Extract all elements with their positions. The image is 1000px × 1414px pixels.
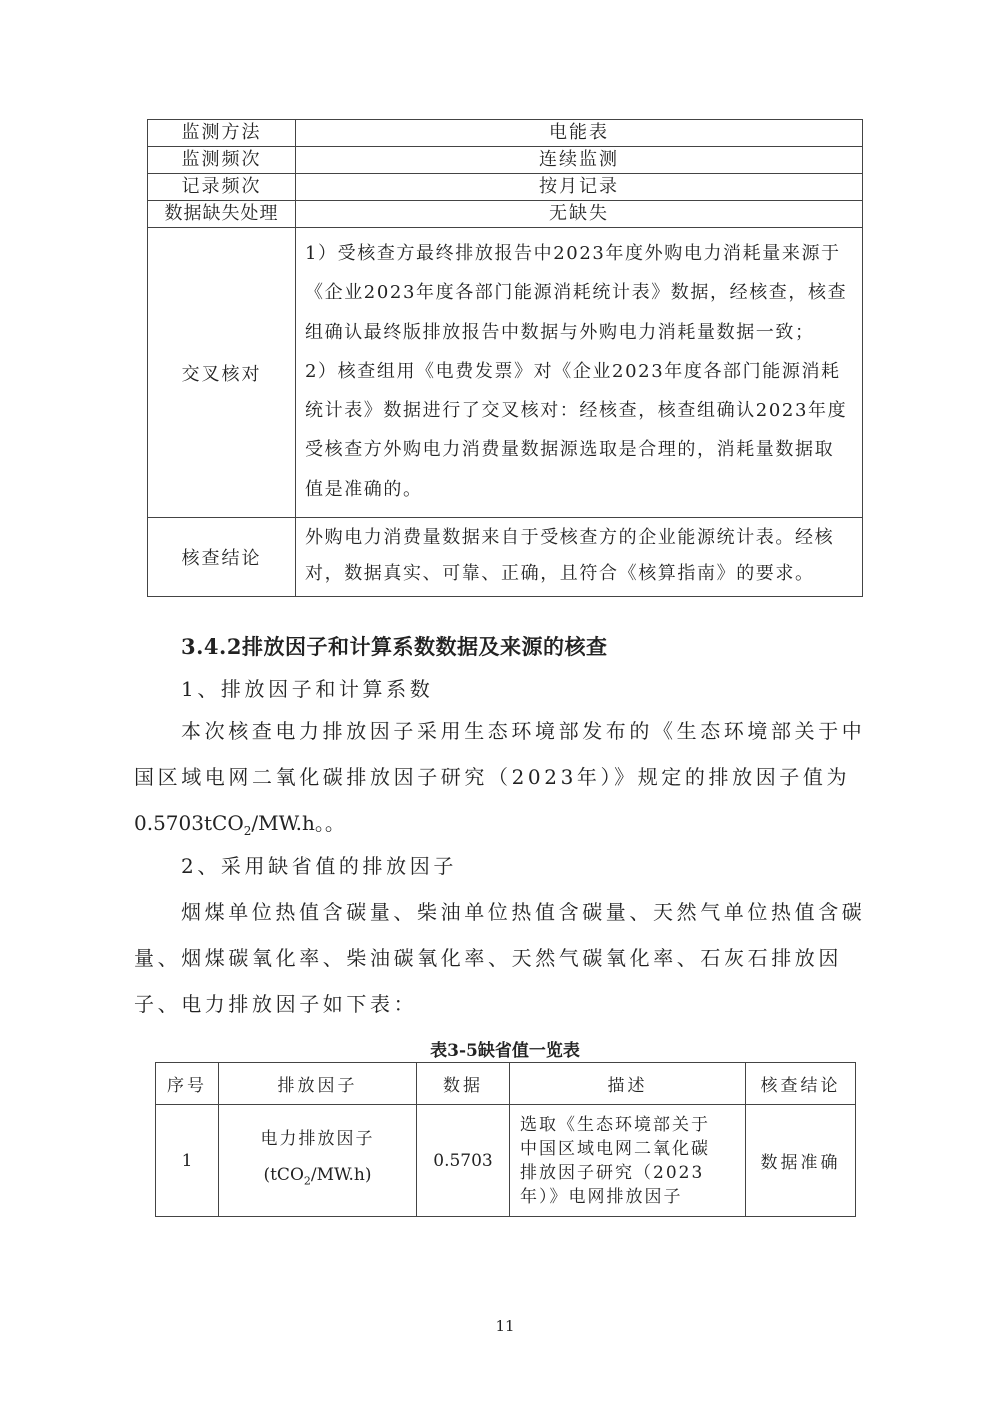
table-row: 1 电力排放因子 (tCO2/MW.h) 0.5703 选取《生态环境部关于 中… — [156, 1105, 856, 1217]
value-text: 0.5703tCO — [134, 811, 244, 835]
text-line: 选取《生态环境部关于 — [520, 1113, 745, 1137]
conclusion-text: 外购电力消费量数据来自于受核查方的企业能源统计表。经核 对，数据真实、可靠、正确… — [296, 518, 863, 597]
cell-value: 0.5703 — [417, 1105, 510, 1217]
header-description: 描述 — [510, 1063, 746, 1105]
text-line: 组确认最终版排放报告中数据与外购电力消耗量数据一致； — [305, 313, 852, 352]
paragraph-line: 量、烟煤碳氧化率、柴油碳氧化率、天然气碳氧化率、石灰石排放因 — [134, 935, 842, 981]
cross-check-label: 交叉核对 — [148, 228, 296, 518]
table-row: 数据缺失处理 无缺失 — [148, 201, 863, 228]
paragraph-line: 国区域电网二氧化碳排放因子研究（2023年）》规定的排放因子值为 — [134, 754, 850, 800]
row-label: 记录频次 — [148, 174, 296, 201]
cell-description: 选取《生态环境部关于 中国区域电网二氧化碳 排放因子研究（2023 年）》电网排… — [510, 1105, 746, 1217]
header-factor: 排放因子 — [219, 1063, 417, 1105]
paragraph-line: 本次核查电力排放因子采用生态环境部发布的《生态环境部关于中 — [181, 708, 865, 754]
value-unit: /MW.h。。 — [251, 811, 345, 835]
text-line: 1）受核查方最终排放报告中2023年度外购电力消耗量来源于 — [305, 234, 852, 273]
row-value: 按月记录 — [296, 174, 863, 201]
row-label: 数据缺失处理 — [148, 201, 296, 228]
default-values-table: 序号 排放因子 数据 描述 核查结论 1 电力排放因子 (tCO2/MW.h) … — [155, 1062, 856, 1217]
header-conclusion: 核查结论 — [746, 1063, 856, 1105]
cell-index: 1 — [156, 1105, 219, 1217]
cell-conclusion: 数据准确 — [746, 1105, 856, 1217]
section-heading: 3.4.2排放因子和计算系数数据及来源的核查 — [181, 631, 607, 661]
row-value: 无缺失 — [296, 201, 863, 228]
paragraph-line: 子、电力排放因子如下表： — [134, 981, 417, 1027]
row-label: 监测频次 — [148, 147, 296, 174]
text-line: 外购电力消费量数据来自于受核查方的企业能源统计表。经核 — [305, 520, 852, 556]
text-line: 《企业2023年度各部门能源消耗统计表》数据，经核查，核查 — [305, 273, 852, 312]
text-line: 年）》电网排放因子 — [520, 1185, 745, 1209]
factor-unit: (tCO2/MW.h) — [219, 1157, 416, 1199]
row-value: 电能表 — [296, 120, 863, 147]
conclusion-label: 核查结论 — [148, 518, 296, 597]
text-line: 对，数据真实、可靠、正确，且符合《核算指南》的要求。 — [305, 556, 852, 592]
row-value: 连续监测 — [296, 147, 863, 174]
row-label: 监测方法 — [148, 120, 296, 147]
cross-check-text: 1）受核查方最终排放报告中2023年度外购电力消耗量来源于 《企业2023年度各… — [296, 228, 863, 518]
text-line: 排放因子研究（2023 — [520, 1161, 745, 1185]
factor-name: 电力排放因子 — [219, 1121, 416, 1157]
header-index: 序号 — [156, 1063, 219, 1105]
page-number: 11 — [0, 1317, 1000, 1335]
conclusion-row: 核查结论 外购电力消费量数据来自于受核查方的企业能源统计表。经核 对，数据真实、… — [148, 518, 863, 597]
text-line: 2）核查组用《电费发票》对《企业2023年度各部门能源消耗 — [305, 352, 852, 391]
unit-text: (tCO — [263, 1165, 303, 1185]
cell-factor: 电力排放因子 (tCO2/MW.h) — [219, 1105, 417, 1217]
table-caption: 表3-5缺省值一览表 — [0, 1036, 1000, 1061]
subheading-1: 1、排放因子和计算系数 — [181, 666, 433, 712]
text-line: 受核查方外购电力消费量数据源选取是合理的，消耗量数据取 — [305, 430, 852, 469]
table-row: 监测频次 连续监测 — [148, 147, 863, 174]
unit-text: /MW.h) — [311, 1165, 372, 1185]
subscript: 2 — [304, 1175, 311, 1188]
text-line: 值是准确的。 — [305, 470, 852, 509]
table-header-row: 序号 排放因子 数据 描述 核查结论 — [156, 1063, 856, 1105]
table-row: 记录频次 按月记录 — [148, 174, 863, 201]
header-value: 数据 — [417, 1063, 510, 1105]
cross-check-row: 交叉核对 1）受核查方最终排放报告中2023年度外购电力消耗量来源于 《企业20… — [148, 228, 863, 518]
text-line: 统计表》数据进行了交叉核对：经核查，核查组确认2023年度 — [305, 391, 852, 430]
table-row: 监测方法 电能表 — [148, 120, 863, 147]
paragraph-line: 烟煤单位热值含碳量、柴油单位热值含碳量、天然气单位热值含碳 — [181, 889, 865, 935]
monitoring-table: 监测方法 电能表 监测频次 连续监测 记录频次 按月记录 数据缺失处理 无缺失 … — [147, 119, 863, 597]
text-line: 中国区域电网二氧化碳 — [520, 1137, 745, 1161]
subheading-2: 2、采用缺省值的排放因子 — [181, 843, 457, 889]
